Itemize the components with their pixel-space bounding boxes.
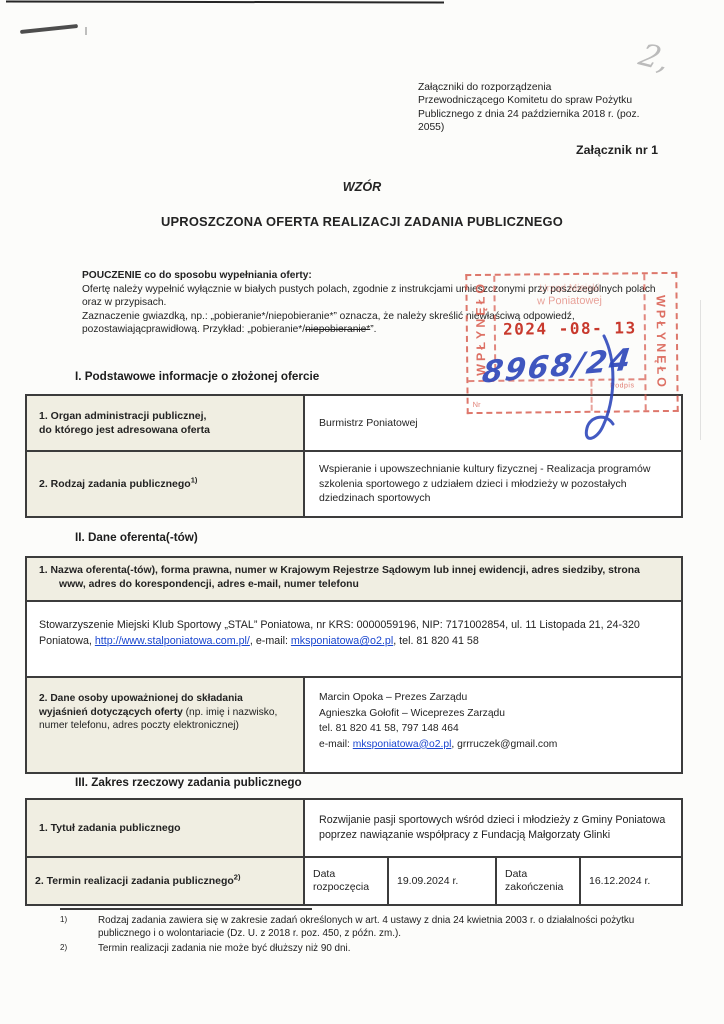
stamp-nr-label: Nr xyxy=(473,400,481,409)
section1-row2-label: 2. Rodzaj zadania publicznego1) xyxy=(27,450,305,516)
section3-task-title: Rozwijanie pasji sportowych wśród dzieci… xyxy=(305,800,681,856)
footnote-ref-1: 1) xyxy=(191,476,198,485)
contact-line: tel. 81 820 41 58, 797 148 464 xyxy=(319,721,667,737)
label-line: do którego jest adresowana oferta xyxy=(39,423,291,437)
section2-organization-details: Stowarzyszenie Miejski Klub Sportowy „ST… xyxy=(27,602,681,676)
section2-heading: II. Dane oferenta(-tów) xyxy=(75,531,198,544)
org-details-text: , e-mail: xyxy=(250,635,291,647)
attachment-number-label: Załącznik nr 1 xyxy=(520,143,658,157)
section1-heading: I. Podstawowe informacje o złożonej ofer… xyxy=(75,370,319,383)
footnote-2-marker: 2) xyxy=(60,942,98,955)
pen-tick-artifact xyxy=(85,27,87,35)
contact-line: Marcin Opoka – Prezes Zarządu xyxy=(319,690,667,706)
footnote-1-marker: 1) xyxy=(60,914,98,941)
section2-row3: 2. Dane osoby upoważnionej do składania … xyxy=(27,676,681,772)
regulation-line: Publicznego z dnia 24 października 2018 … xyxy=(418,108,663,135)
label-line: 1. Organ administracji publicznej, xyxy=(39,409,291,423)
contact-email-pre: e-mail: xyxy=(319,739,353,750)
section2-row3-label: 2. Dane osoby upoważnionej do składania … xyxy=(27,678,305,772)
section3-row2-label: 2. Termin realizacji zadania publicznego… xyxy=(27,858,305,904)
intake-date-stamp: WPŁYNĘŁO Urząd Miejski w Poniatowej 2024… xyxy=(465,272,678,414)
regulation-reference: Załączniki do rozporządzenia Przewodnicz… xyxy=(418,81,663,134)
task-type-value: Wspieranie i upowszechnianie kultury fiz… xyxy=(319,462,667,506)
start-date-label: Data rozpoczęcia xyxy=(305,858,389,904)
end-date-value: 16.12.2024 r. xyxy=(581,858,681,904)
label-line: 2. Rodzaj zadania publicznego1) xyxy=(39,477,291,491)
section3-table: 1. Tytuł zadania publicznego Rozwijanie … xyxy=(25,798,683,906)
scan-edge-line xyxy=(6,1,444,4)
stamp-right-strip: WPŁYNĘŁO xyxy=(643,274,676,410)
scanned-form-page: 2, Załączniki do rozporządzenia Przewodn… xyxy=(0,0,724,1024)
start-date-value: 19.09.2024 r. xyxy=(389,858,497,904)
scan-shadow-line xyxy=(700,300,701,440)
section1-row1-label: 1. Organ administracji publicznej, do kt… xyxy=(27,396,305,450)
footnote-1: 1) Rodzaj zadania zawiera się w zakresie… xyxy=(60,914,672,941)
stamp-wplynelo-right: WPŁYNĘŁO xyxy=(653,295,668,390)
instructions-text: ”. xyxy=(370,324,376,335)
email-link[interactable]: mksponiatowa@o2.pl xyxy=(291,635,393,647)
pencil-corner-mark: 2, xyxy=(634,37,675,78)
section3-heading: III. Zakres rzeczowy zadania publicznego xyxy=(75,776,302,789)
task-title-text: Rozwijanie pasji sportowych wśród dzieci… xyxy=(319,813,667,844)
struck-example-text: niepobieranie* xyxy=(305,324,370,335)
footnotes-block: 1) Rodzaj zadania zawiera się w zakresie… xyxy=(60,914,672,956)
contact-line: Agnieszka Gołofit – Wiceprezes Zarządu xyxy=(319,706,667,722)
contact-line: e-mail: mksponiatowa@o2.pl, grrruczek@gm… xyxy=(319,737,667,753)
contact-email-post: , grrruczek@gmail.com xyxy=(451,739,557,750)
org-details-text: , tel. 81 820 41 58 xyxy=(393,635,479,647)
label-text: 2. Termin realizacji zadania publicznego… xyxy=(35,875,240,888)
footnote-1-text: Rodzaj zadania zawiera się w zakresie za… xyxy=(98,914,672,941)
section2-table: 1. Nazwa oferenta(-tów), forma prawna, n… xyxy=(25,556,683,774)
handwritten-signature xyxy=(576,330,628,452)
footnote-2: 2) Termin realizacji zadania nie może by… xyxy=(60,942,672,955)
stamp-office-line2: w Poniatowej xyxy=(496,294,644,309)
section2-contact-person: Marcin Opoka – Prezes Zarządu Agnieszka … xyxy=(305,678,681,772)
section3-row2: 2. Termin realizacji zadania publicznego… xyxy=(27,856,681,904)
section3-row1-label: 1. Tytuł zadania publicznego xyxy=(27,800,305,856)
section3-row1: 1. Tytuł zadania publicznego Rozwijanie … xyxy=(27,800,681,856)
form-title: UPROSZCZONA OFERTA REALIZACJI ZADANIA PU… xyxy=(0,214,724,229)
footnote-2-text: Termin realizacji zadania nie może być d… xyxy=(98,942,672,955)
section1-row2-value: Wspieranie i upowszechnianie kultury fiz… xyxy=(305,450,681,516)
regulation-line: Załączniki do rozporządzenia xyxy=(418,81,663,94)
email-link[interactable]: mksponiatowa@o2.pl xyxy=(353,739,452,750)
footnote-ref-2: 2) xyxy=(234,872,241,881)
specimen-label: WZÓR xyxy=(0,180,724,194)
section2-row1-header: 1. Nazwa oferenta(-tów), forma prawna, n… xyxy=(27,558,681,602)
label-main: 2. Termin realizacji zadania publicznego xyxy=(35,875,234,887)
website-link[interactable]: http://www.stalponiatowa.com.pl/ xyxy=(95,635,250,647)
org-value: Burmistrz Poniatowej xyxy=(319,416,418,431)
regulation-line: Przewodniczącego Komitetu do spraw Pożyt… xyxy=(418,94,663,107)
pen-stroke-artifact xyxy=(20,24,78,34)
footnote-separator xyxy=(60,908,312,910)
label-text: 2. Rodzaj zadania publicznego xyxy=(39,478,191,490)
end-date-label: Data zakończenia xyxy=(497,858,581,904)
